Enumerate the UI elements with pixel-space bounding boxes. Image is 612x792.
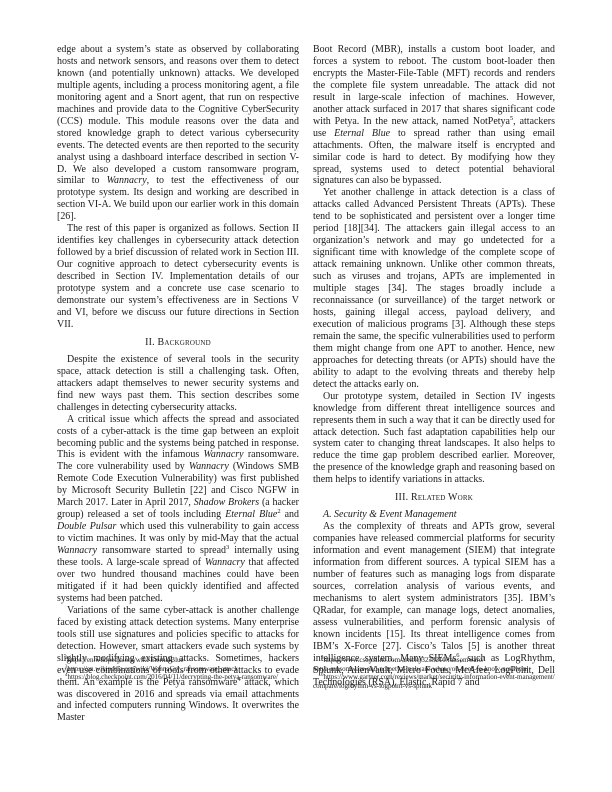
footnote-url[interactable]: https://www.csoonline.com/article/323321… (324, 656, 485, 664)
section-number: II. (145, 337, 155, 348)
subsection-heading: A. Security & Event Management (313, 509, 555, 521)
section-number: III. (395, 492, 408, 503)
italic-text: Wannacry (204, 449, 244, 460)
section-heading-related-work: III. Related Work (313, 492, 555, 504)
paragraph: Our prototype system, detailed in Sectio… (313, 391, 555, 487)
italic-text: Double Pulsar (57, 521, 116, 532)
footnote: 6https://www.gartner.com/reviews/market/… (313, 673, 563, 682)
italic-text: Wannacry (107, 175, 147, 186)
italic-text: Eternal Blue (334, 128, 390, 139)
right-column: Boot Record (MBR), installs a custom boo… (313, 44, 555, 689)
italic-text: Wannacry (205, 557, 245, 568)
footnote: 4https://blog.checkpoint.com/2016/04/11/… (57, 673, 307, 682)
italic-text: Shadow Brokers (194, 497, 259, 508)
text: and (281, 509, 299, 520)
italic-text: Eternal Blue (225, 509, 277, 520)
text: edge about a system’s state as observed … (57, 44, 299, 186)
paragraph: The rest of this paper is organized as f… (57, 223, 299, 331)
section-title: Related Work (411, 492, 473, 503)
paragraph: Yet another challenge in attack detectio… (313, 187, 555, 390)
footnote-url[interactable]: https://en.wikipedia.org/wiki/WannaCry_r… (68, 665, 238, 673)
italic-text: Wannacry (57, 545, 97, 556)
text: ransomware started to spread (97, 545, 226, 556)
footnotes-left: 2https://en.wikipedia.org/wiki/EternalBl… (57, 656, 307, 682)
footnotes-right: 5https://www.csoonline.com/article/32332… (313, 656, 563, 690)
paragraph: Boot Record (MBR), installs a custom boo… (313, 44, 555, 187)
paragraph: A critical issue which affects the sprea… (57, 414, 299, 605)
italic-text: Wannacry (189, 461, 229, 472)
paragraph: Despite the existence of several tools i… (57, 354, 299, 414)
footnote-url[interactable]: https://blog.checkpoint.com/2016/04/11/d… (68, 673, 278, 681)
footnote-url[interactable]: https://en.wikipedia.org/wiki/EternalBlu… (68, 656, 184, 664)
footnote-url[interactable]: https://www.gartner.com/reviews/market/s… (324, 673, 555, 681)
left-column: edge about a system’s state as observed … (57, 44, 299, 724)
footnote-continuation[interactable]: petya-ransomware-and-notpetya-malware-wh… (313, 665, 563, 674)
text: As the complexity of threats and APTs gr… (313, 521, 555, 663)
section-title: Background (158, 337, 211, 348)
section-heading-background: II. Background (57, 337, 299, 349)
footnote: 2https://en.wikipedia.org/wiki/EternalBl… (57, 656, 307, 665)
paragraph: edge about a system’s state as observed … (57, 44, 299, 223)
footnote-continuation[interactable]: compare/logrhythm-vs-logpoint-vs-splunk (313, 682, 563, 691)
footnote: 3https://en.wikipedia.org/wiki/WannaCry_… (57, 665, 307, 674)
text: Boot Record (MBR), installs a custom boo… (313, 44, 555, 127)
footnote: 5https://www.csoonline.com/article/32332… (313, 656, 563, 665)
